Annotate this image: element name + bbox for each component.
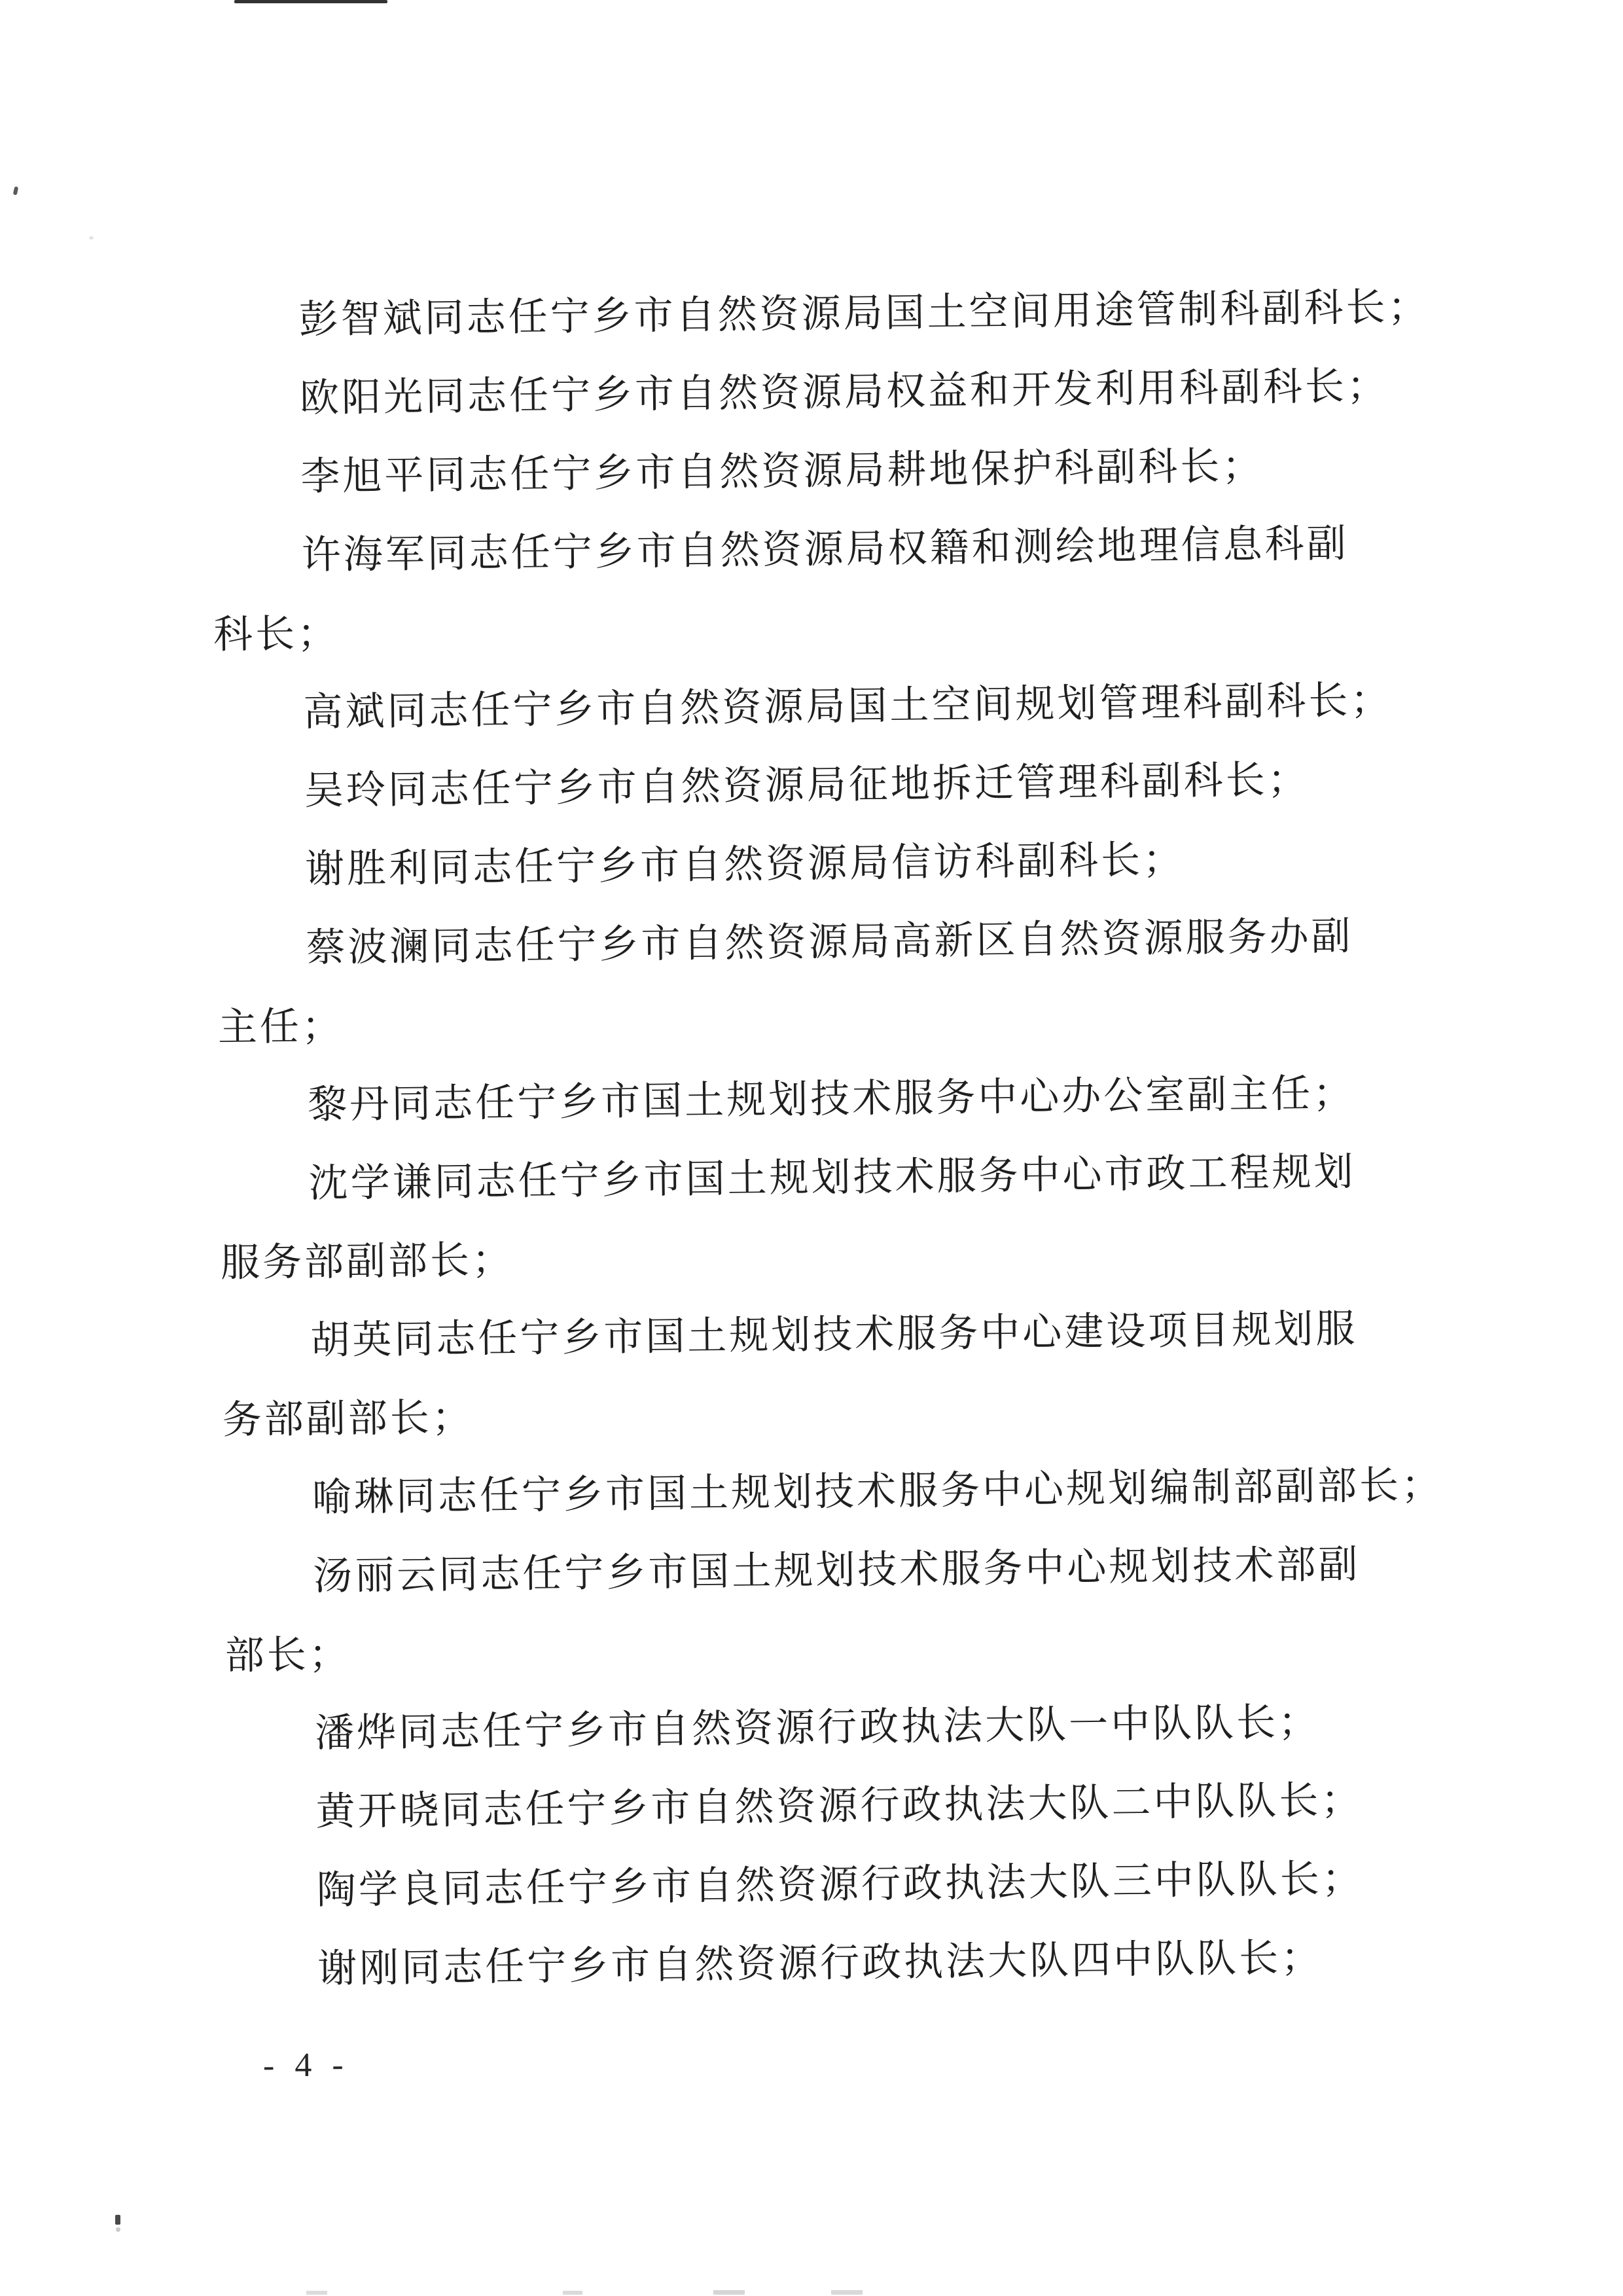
text-line: 陶学良同志任宁乡市自然资源行政执法大队三中队队长； xyxy=(227,1838,1484,1931)
text-line: 黎丹同志任宁乡市国土规划技术服务中心办公室副主任； xyxy=(219,1052,1476,1145)
text-line: 谢刚同志任宁乡市自然资源行政执法大队四中队队长； xyxy=(228,1916,1486,2009)
scan-artifact xyxy=(563,2291,582,2295)
scan-artifact xyxy=(831,2290,863,2295)
scan-artifact xyxy=(13,187,19,196)
scan-artifact xyxy=(115,2215,120,2225)
document-page: 彭智斌同志任宁乡市自然资源局国土空间用途管制科副科长；欧阳光同志任宁乡市自然资源… xyxy=(0,0,1623,2296)
text-line: 欧阳光同志任宁乡市自然资源局权益和开发利用科副科长； xyxy=(210,346,1467,439)
text-line: 李旭平同志任宁乡市自然资源局耕地保护科副科长； xyxy=(211,424,1469,517)
document-body: 彭智斌同志任宁乡市自然资源局国土空间用途管制科副科长；欧阳光同志任宁乡市自然资源… xyxy=(209,267,1486,2009)
scan-artifact xyxy=(234,0,387,3)
text-line: 汤丽云同志任宁乡市国土规划技术服务中心规划技术部副 xyxy=(224,1524,1481,1617)
text-line: 许海军同志任宁乡市自然资源局权籍和测绘地理信息科副 xyxy=(212,503,1469,596)
text-line: 部长； xyxy=(224,1602,1482,1695)
text-line: 潘烨同志任宁乡市自然资源行政执法大队一中队队长； xyxy=(226,1681,1483,1774)
text-line: 主任； xyxy=(217,974,1474,1067)
scan-artifact xyxy=(713,2290,745,2295)
text-line: 谢胜利同志任宁乡市自然资源局信访科副科长； xyxy=(216,817,1473,910)
text-line: 服务部副部长； xyxy=(220,1210,1477,1302)
text-line: 务部副部长； xyxy=(222,1367,1479,1460)
text-line: 胡英同志任宁乡市国土规划技术服务中心建设项目规划服 xyxy=(221,1288,1478,1381)
text-line: 黄开晓同志任宁乡市自然资源行政执法大队二中队队长； xyxy=(226,1759,1484,1852)
scan-artifact xyxy=(89,236,94,240)
text-line: 沈学谦同志任宁乡市国土规划技术服务中心市政工程规划 xyxy=(219,1131,1476,1224)
page-number: - 4 - xyxy=(263,2045,349,2085)
scan-artifact xyxy=(116,2227,120,2232)
text-line: 高斌同志任宁乡市自然资源局国土空间规划管理科副科长； xyxy=(214,660,1471,753)
text-line: 彭智斌同志任宁乡市自然资源局国土空间用途管制科副科长； xyxy=(209,267,1467,360)
text-line: 喻琳同志任宁乡市国土规划技术服务中心规划编制部副部长； xyxy=(223,1445,1480,1538)
scan-artifact xyxy=(306,2291,327,2295)
text-line: 科长； xyxy=(213,581,1470,674)
text-line: 蔡波澜同志任宁乡市自然资源局高新区自然资源服务办副 xyxy=(217,895,1474,988)
text-line: 吴玲同志任宁乡市自然资源局征地拆迁管理科副科长； xyxy=(215,738,1472,831)
